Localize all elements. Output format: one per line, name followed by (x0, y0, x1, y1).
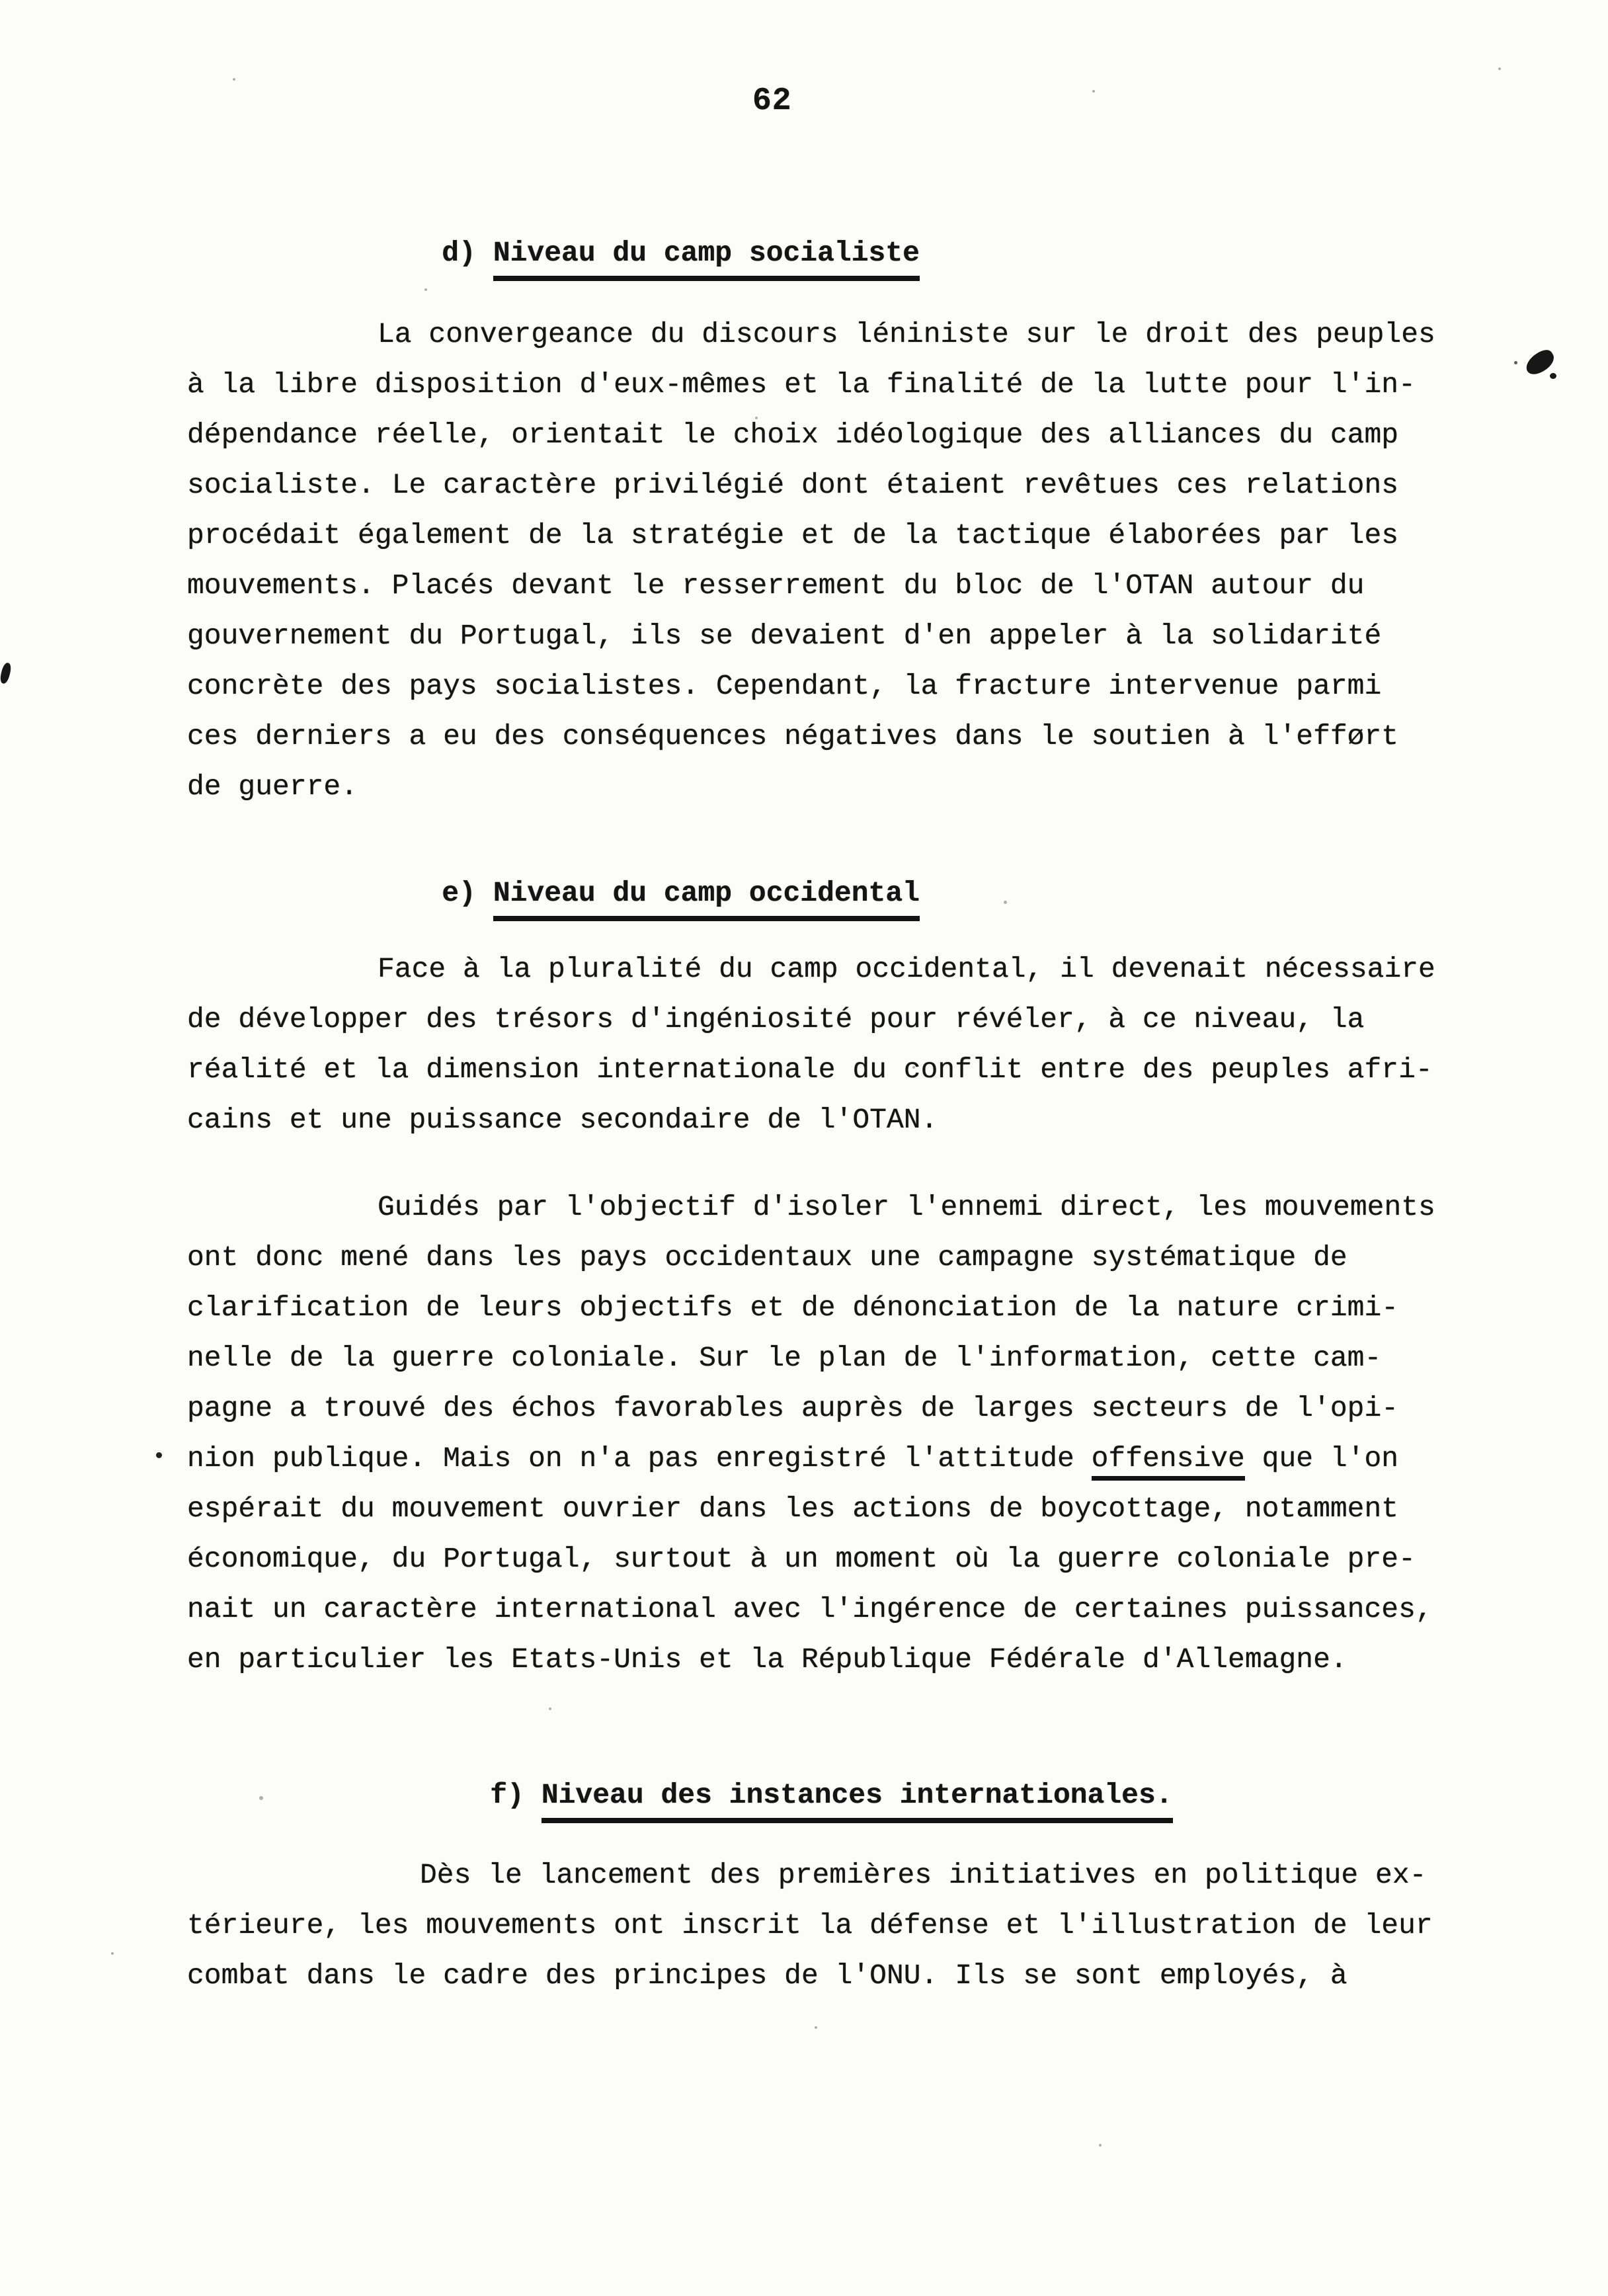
scan-speck (259, 1796, 263, 1800)
section-heading-d: d)Niveau du camp socialiste (374, 210, 920, 309)
scan-speck (1092, 90, 1095, 93)
text-line: espérait du mouvement ouvrier dans les a… (187, 1484, 1435, 1534)
text-segment: nion publique. Mais on n'a pas enregistr… (187, 1442, 1092, 1475)
text-line: térieure, les mouvements ont inscrit la … (187, 1901, 1433, 1951)
text-line: mouvements. Placés devant le resserremen… (187, 561, 1435, 611)
text-line: La convergeance du discours léniniste su… (187, 309, 1435, 360)
text-line: ces derniers a eu des conséquences négat… (187, 712, 1435, 762)
text-line: concrète des pays socialistes. Cependant… (187, 661, 1435, 712)
paragraph-2: Face à la pluralité du camp occidental, … (187, 944, 1435, 1145)
scan-speck (233, 78, 235, 81)
section-heading-f: f)Niveau des instances internationales. (422, 1752, 1173, 1852)
paragraph-1: La convergeance du discours léniniste su… (187, 309, 1435, 812)
text-line: en particulier les Etats-Unis et la Répu… (187, 1635, 1435, 1685)
text-line: socialiste. Le caractère privilégié dont… (187, 460, 1435, 511)
text-line: Face à la pluralité du camp occidental, … (187, 944, 1435, 995)
text-line-with-underlined-word: nion publique. Mais on n'a pas enregistr… (187, 1434, 1435, 1484)
section-heading-e: e)Niveau du camp occidental (374, 850, 920, 950)
ink-blot-speck (1514, 361, 1517, 364)
text-line: Guidés par l'objectif d'isoler l'ennemi … (187, 1182, 1435, 1233)
scanned-document-page: 62 d)Niveau du camp socialiste La conver… (0, 0, 1608, 2296)
stray-period-mark (156, 1452, 162, 1458)
underlined-word: offensive (1092, 1442, 1245, 1481)
text-line: procédait également de la stratégie et d… (187, 511, 1435, 561)
paragraph-3: Guidés par l'objectif d'isoler l'ennemi … (187, 1182, 1435, 1685)
section-f-title: Niveau des instances internationales. (542, 1781, 1173, 1823)
left-edge-ink-mark (0, 662, 13, 684)
section-d-title: Niveau du camp socialiste (493, 239, 920, 281)
scan-speck (549, 1707, 551, 1710)
text-line: économique, du Portugal, surtout à un mo… (187, 1534, 1435, 1584)
scan-speck (1099, 2144, 1102, 2147)
scan-speck (1498, 67, 1501, 70)
scan-speck (815, 2026, 817, 2029)
scan-speck (912, 1066, 915, 1069)
section-e-title: Niveau du camp occidental (493, 879, 920, 921)
text-line: cains et une puissance secondaire de l'O… (187, 1095, 1435, 1145)
scan-speck (1004, 901, 1007, 904)
text-line: nelle de la guerre coloniale. Sur le pla… (187, 1333, 1435, 1383)
text-line: gouvernement du Portugal, ils se devaien… (187, 611, 1435, 661)
text-line: Dès le lancement des premières initiativ… (187, 1850, 1433, 1901)
text-line: dépendance réelle, orientait le choix id… (187, 410, 1435, 460)
text-line: nait un caractère international avec l'i… (187, 1584, 1435, 1635)
section-e-label: e) (442, 877, 476, 909)
text-line: de développer des trésors d'ingéniosité … (187, 995, 1435, 1045)
text-line: réalité et la dimension internationale d… (187, 1045, 1435, 1095)
text-line: clarification de leurs objectifs et de d… (187, 1283, 1435, 1333)
text-line: de guerre. (187, 762, 1435, 812)
section-d-label: d) (442, 237, 476, 269)
section-f-label: f) (490, 1779, 524, 1811)
page-number: 62 (752, 83, 792, 119)
text-line: combat dans le cadre des principes de l'… (187, 1951, 1433, 2001)
paragraph-4: Dès le lancement des premières initiativ… (187, 1850, 1433, 2001)
ink-blot-satellite-dot (1550, 373, 1556, 379)
text-line: ont donc mené dans les pays occidentaux … (187, 1233, 1435, 1283)
text-line: à la libre disposition d'eux-mêmes et la… (187, 360, 1435, 410)
scan-speck (755, 417, 758, 419)
scan-speck (424, 288, 427, 291)
text-segment: que l'on (1245, 1442, 1398, 1475)
scan-speck (111, 1952, 114, 1955)
text-line: pagne a trouvé des échos favorables aupr… (187, 1383, 1435, 1434)
